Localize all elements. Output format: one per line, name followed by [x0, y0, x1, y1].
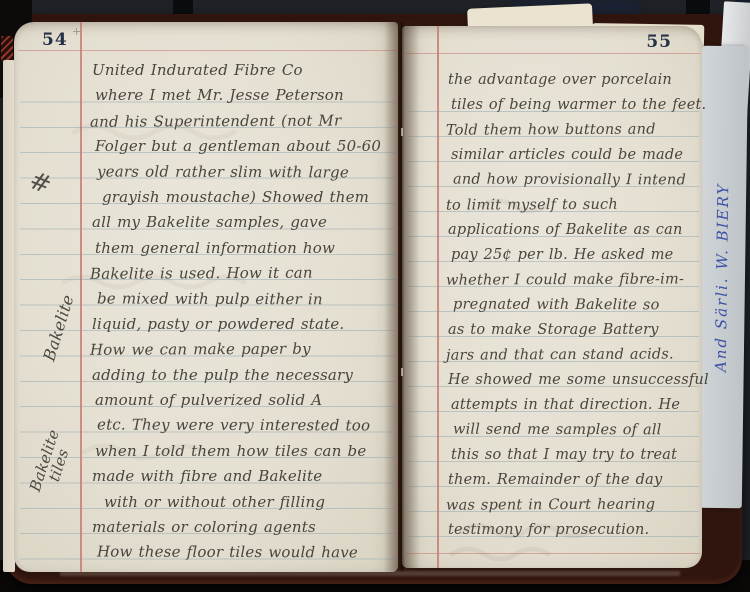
spine-label-marks [1, 36, 13, 62]
handwritten-line: the advantage over porcelain [448, 68, 700, 93]
handwritten-line: attempts in that direction. He [451, 393, 703, 418]
page-number: 54 [42, 30, 68, 50]
handwritten-line: years old rather slim with large [97, 159, 402, 185]
handwritten-line: etc. They were very interested too [97, 413, 402, 439]
diary-page-left: 54 + # Bakelite Bakelite tiles United In… [14, 22, 398, 572]
handwritten-line: applications of Bakelite as can [448, 218, 700, 243]
handwritten-line: He showed me some unsuccessful [448, 368, 700, 393]
handwritten-line: United Indurated Fibre Co [92, 58, 397, 83]
handwritten-line: materials or coloring agents [92, 515, 397, 540]
red-margin-rule [80, 22, 82, 572]
handwritten-line: be mixed with pulp either in [97, 286, 402, 312]
handwritten-line: this so that I may try to treat [451, 443, 703, 468]
handwritten-line: amount of pulverized solid A [95, 388, 400, 413]
handwritten-line: where I met Mr. Jesse Peterson [95, 83, 400, 108]
handwritten-line: and how provisionally I intend [453, 168, 705, 194]
handwritten-line: them. Remainder of the day [448, 468, 700, 493]
handwritten-line: Told them how buttons and [446, 117, 698, 143]
handwritten-line: adding to the pulp the necessary [92, 363, 397, 388]
page-number: 55 [646, 32, 672, 52]
page-bottom-edge [60, 571, 680, 576]
handwritten-line: pay 25¢ per lb. He asked me [451, 243, 703, 268]
handwritten-line: them general information how [95, 236, 400, 261]
handwritten-text-block: the advantage over porcelaintiles of bei… [448, 68, 700, 543]
pencil-mark: + [72, 25, 81, 38]
handwritten-line: How we can make paper by [90, 336, 395, 363]
handwritten-line: to limit myself to such [446, 192, 698, 218]
handwritten-line: jars and that can stand acids. [446, 342, 698, 368]
handwritten-line: as to make Storage Battery [448, 318, 700, 343]
binding-stitch [401, 128, 403, 136]
handwritten-line: made with fibre and Bakelite [92, 464, 397, 489]
handwritten-line: was spent in Court hearing [446, 492, 698, 518]
red-head-rule [406, 53, 700, 54]
red-margin-rule [437, 26, 439, 568]
handwritten-line: when I told them how tiles can be [95, 439, 400, 464]
handwritten-line: pregnated with Bakelite so [453, 293, 705, 319]
diary-photo: And Särli. W. BIERY 54 + # Bakelite Bake… [0, 0, 750, 592]
red-foot-rule [406, 553, 700, 554]
binding-stitch [401, 368, 403, 376]
handwritten-line: How these floor tiles would have [97, 540, 402, 566]
diary-page-right: 55 the advantage over porcelaintiles of … [402, 26, 702, 568]
red-head-rule [18, 50, 396, 51]
handwritten-line: grayish moustache) Showed them [102, 185, 407, 210]
handwritten-line: testimony for prosecution. [448, 518, 700, 543]
handwritten-line: Bakelite is used. How it can [90, 260, 395, 287]
handwritten-line: all my Bakelite samples, gave [92, 210, 397, 235]
handwritten-line: and his Superintendent (not Mr [90, 108, 395, 135]
handwritten-text-block: United Indurated Fibre Cowhere I met Mr.… [92, 58, 397, 566]
handwritten-line: with or without other filling [104, 490, 409, 515]
handwritten-line: Folger but a gentleman about 50-60 [95, 134, 400, 159]
handwritten-line: liquid, pasty or powdered state. [92, 312, 397, 337]
handwritten-line: whether I could make fibre-im- [446, 267, 698, 293]
handwritten-line: will send me samples of all [453, 418, 705, 444]
handwritten-line: tiles of being warmer to the feet. [451, 93, 703, 118]
handwritten-line: similar articles could be made [451, 143, 703, 168]
